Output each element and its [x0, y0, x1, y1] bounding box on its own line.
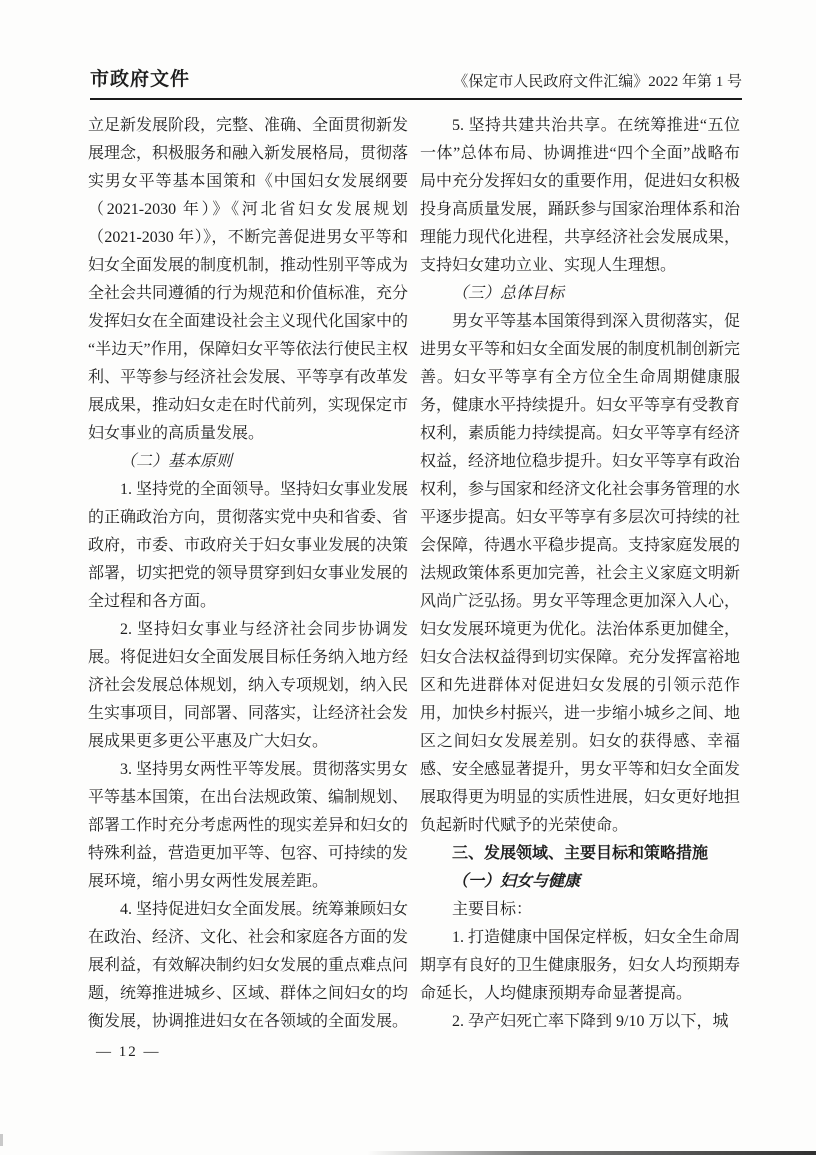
paragraph-health-goal-1: 1. 打造健康中国保定样板，妇女全生命周期享有良好的卫生健康服务，妇女人均预期寿…: [420, 924, 740, 1008]
section-heading-overall-goals: （三）总体目标: [420, 280, 740, 308]
document-page: 市政府文件 《保定市人民政府文件汇编》2022 年第 1 号 立足新发展阶段，完…: [0, 0, 816, 1155]
chapter-heading-development-areas: 三、发展领域、主要目标和策略措施: [420, 840, 740, 868]
page-header: 市政府文件 《保定市人民政府文件汇编》2022 年第 1 号: [90, 64, 742, 100]
doc-type-label: 市政府文件: [90, 64, 190, 91]
paragraph-principle-2: 2. 坚持妇女事业与经济社会同步协调发展。将促进妇女全面发展目标任务纳入地方经济…: [88, 616, 408, 756]
paragraph-overall-goals: 男女平等基本国策得到深入贯彻落实，促进男女平等和妇女全面发展的制度机制创新完善。…: [420, 308, 740, 840]
page-number: — 12 —: [96, 1044, 161, 1061]
paragraph-continued: 立足新发展阶段，完整、准确、全面贯彻新发展理念，积极服务和融入新发展格局，贯彻落…: [88, 112, 408, 448]
paragraph-principle-3: 3. 坚持男女两性平等发展。贯彻落实男女平等基本国策，在出台法规政策、编制规划、…: [88, 756, 408, 896]
paragraph-principle-1: 1. 坚持党的全面领导。坚持妇女事业发展的正确政治方向，贯彻落实党中央和省委、省…: [88, 476, 408, 616]
paragraph-health-goal-2-truncated: 2. 孕产妇死亡率下降到 9/10 万以下，城: [420, 1008, 740, 1036]
scan-artifact-left-edge: [0, 1134, 3, 1146]
document-body: 立足新发展阶段，完整、准确、全面贯彻新发展理念，积极服务和融入新发展格局，贯彻落…: [88, 112, 740, 1036]
paragraph-main-goals-label: 主要目标：: [420, 896, 740, 924]
paragraph-principle-4: 4. 坚持促进妇女全面发展。统筹兼顾妇女在政治、经济、文化、社会和家庭各方面的发…: [88, 896, 408, 1036]
section-heading-women-and-health: （一）妇女与健康: [420, 868, 740, 896]
left-column: 立足新发展阶段，完整、准确、全面贯彻新发展理念，积极服务和融入新发展格局，贯彻落…: [88, 112, 408, 1036]
right-column: 5. 坚持共建共治共享。在统筹推进“五位一体”总体布局、协调推进“四个全面”战略…: [420, 112, 740, 1036]
section-heading-basic-principles: （二）基本原则: [88, 448, 408, 476]
header-source-citation: 《保定市人民政府文件汇编》2022 年第 1 号: [453, 70, 742, 91]
paragraph-principle-5: 5. 坚持共建共治共享。在统筹推进“五位一体”总体布局、协调推进“四个全面”战略…: [420, 112, 740, 280]
scan-artifact-bottom-edge: [0, 1151, 816, 1155]
